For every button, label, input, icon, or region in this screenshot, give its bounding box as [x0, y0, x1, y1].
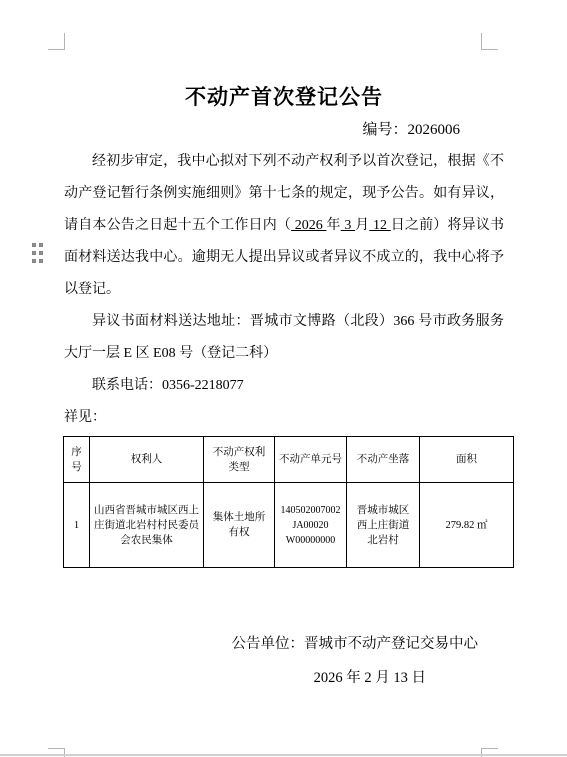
column-header-unit-number: 不动产单元号	[275, 437, 347, 483]
deadline-month: 3	[341, 218, 355, 233]
location-cell: 晋城市城区西上庄街道北岩村	[347, 483, 420, 568]
month-unit: 月	[355, 218, 369, 233]
area-cell: 279.82 ㎡	[420, 483, 514, 568]
column-header-right-type: 不动产权利类型	[204, 437, 275, 483]
text-boundary-mark-top-left	[48, 33, 65, 50]
doc-number: 编号：2026006	[64, 118, 504, 142]
column-header-index: 序号	[64, 437, 90, 483]
column-header-location: 不动产坐落	[347, 437, 420, 483]
paragraph-intro: 经初步审定，我中心拟对下列不动产权利予以首次登记，根据《不动产登记暂行条例实施细…	[64, 146, 504, 306]
page-bottom-edge	[0, 754, 567, 756]
body-text: 经初步审定，我中心拟对下列不动产权利予以首次登记，根据《不动产登记暂行条例实施细…	[64, 146, 504, 434]
doc-number-value: 2026006	[408, 122, 461, 138]
footer-announcing-unit: 公告单位：晋城市不动产登记交易中心	[64, 635, 504, 653]
paragraph-phone: 联系电话：0356-2218077	[64, 370, 504, 402]
column-header-area: 面积	[420, 437, 514, 483]
paragraph-address: 异议书面材料送达地址：晋城市文博路（北段）366 号市政务服务大厅一层 E 区 …	[64, 306, 504, 370]
document-content: 不动产首次登记公告 编号：2026006 经初步审定，我中心拟对下列不动产权利予…	[64, 0, 504, 687]
column-header-rights-holder: 权利人	[90, 437, 204, 483]
row-index-cell: 1	[64, 483, 90, 568]
footer-date: 2026 年 2 月 13 日	[64, 669, 504, 687]
document-page: 不动产首次登记公告 编号：2026006 经初步审定，我中心拟对下列不动产权利予…	[0, 0, 567, 757]
drag-handle-icon[interactable]	[32, 243, 43, 263]
page-title: 不动产首次登记公告	[64, 84, 504, 110]
unit-number-cell: 140502007002 JA00020 W00000000	[275, 483, 347, 568]
deadline-year: 2026	[291, 218, 326, 233]
deadline-day: 12	[369, 218, 390, 233]
right-type-cell: 集体土地所有权	[204, 483, 275, 568]
doc-number-label: 编号：	[362, 122, 407, 138]
registration-table: 序号 权利人 不动产权利类型 不动产单元号 不动产坐落 面积 1 山西省晋城市城…	[63, 436, 514, 568]
table-row: 1 山西省晋城市城区西上庄街道北岩村村民委员会农民集体 集体土地所有权 1405…	[64, 483, 514, 568]
see-also-label: 祥见：	[64, 402, 504, 434]
rights-holder-cell: 山西省晋城市城区西上庄街道北岩村村民委员会农民集体	[90, 483, 204, 568]
table-header-row: 序号 权利人 不动产权利类型 不动产单元号 不动产坐落 面积	[64, 437, 514, 483]
year-unit: 年	[327, 218, 341, 233]
